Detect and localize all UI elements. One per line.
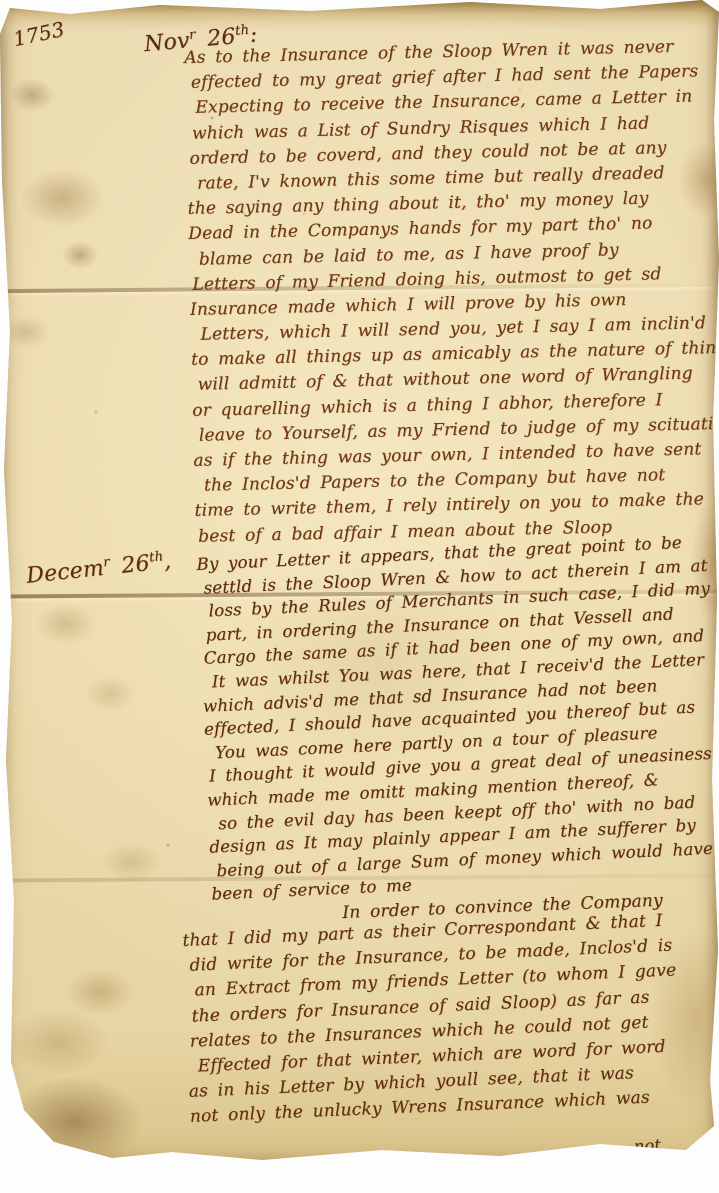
catchword: not <box>633 1135 661 1156</box>
letter-entry-december: By your Letter it appears, that the grea… <box>196 530 719 907</box>
letter-entry-november: As to the Insurance of the Sloop Wren it… <box>184 34 719 550</box>
month-superscript: r <box>103 555 111 571</box>
date-punctuation: , <box>163 549 173 575</box>
margin-date-december: Decemr 26th, <box>25 548 172 588</box>
month-superscript: r <box>188 27 196 43</box>
day-text: 26 <box>120 551 151 579</box>
month-text: Decem <box>25 556 105 589</box>
year-label: 1753 <box>11 17 67 51</box>
letter-entry-december-continued: that I did my part as their Correspondan… <box>182 907 715 1130</box>
day-superscript: th <box>234 23 249 39</box>
scan-background: 1753 Novr 26th: As to the Insurance of t… <box>0 0 719 1193</box>
manuscript-page: 1753 Novr 26th: As to the Insurance of t… <box>0 0 719 1168</box>
